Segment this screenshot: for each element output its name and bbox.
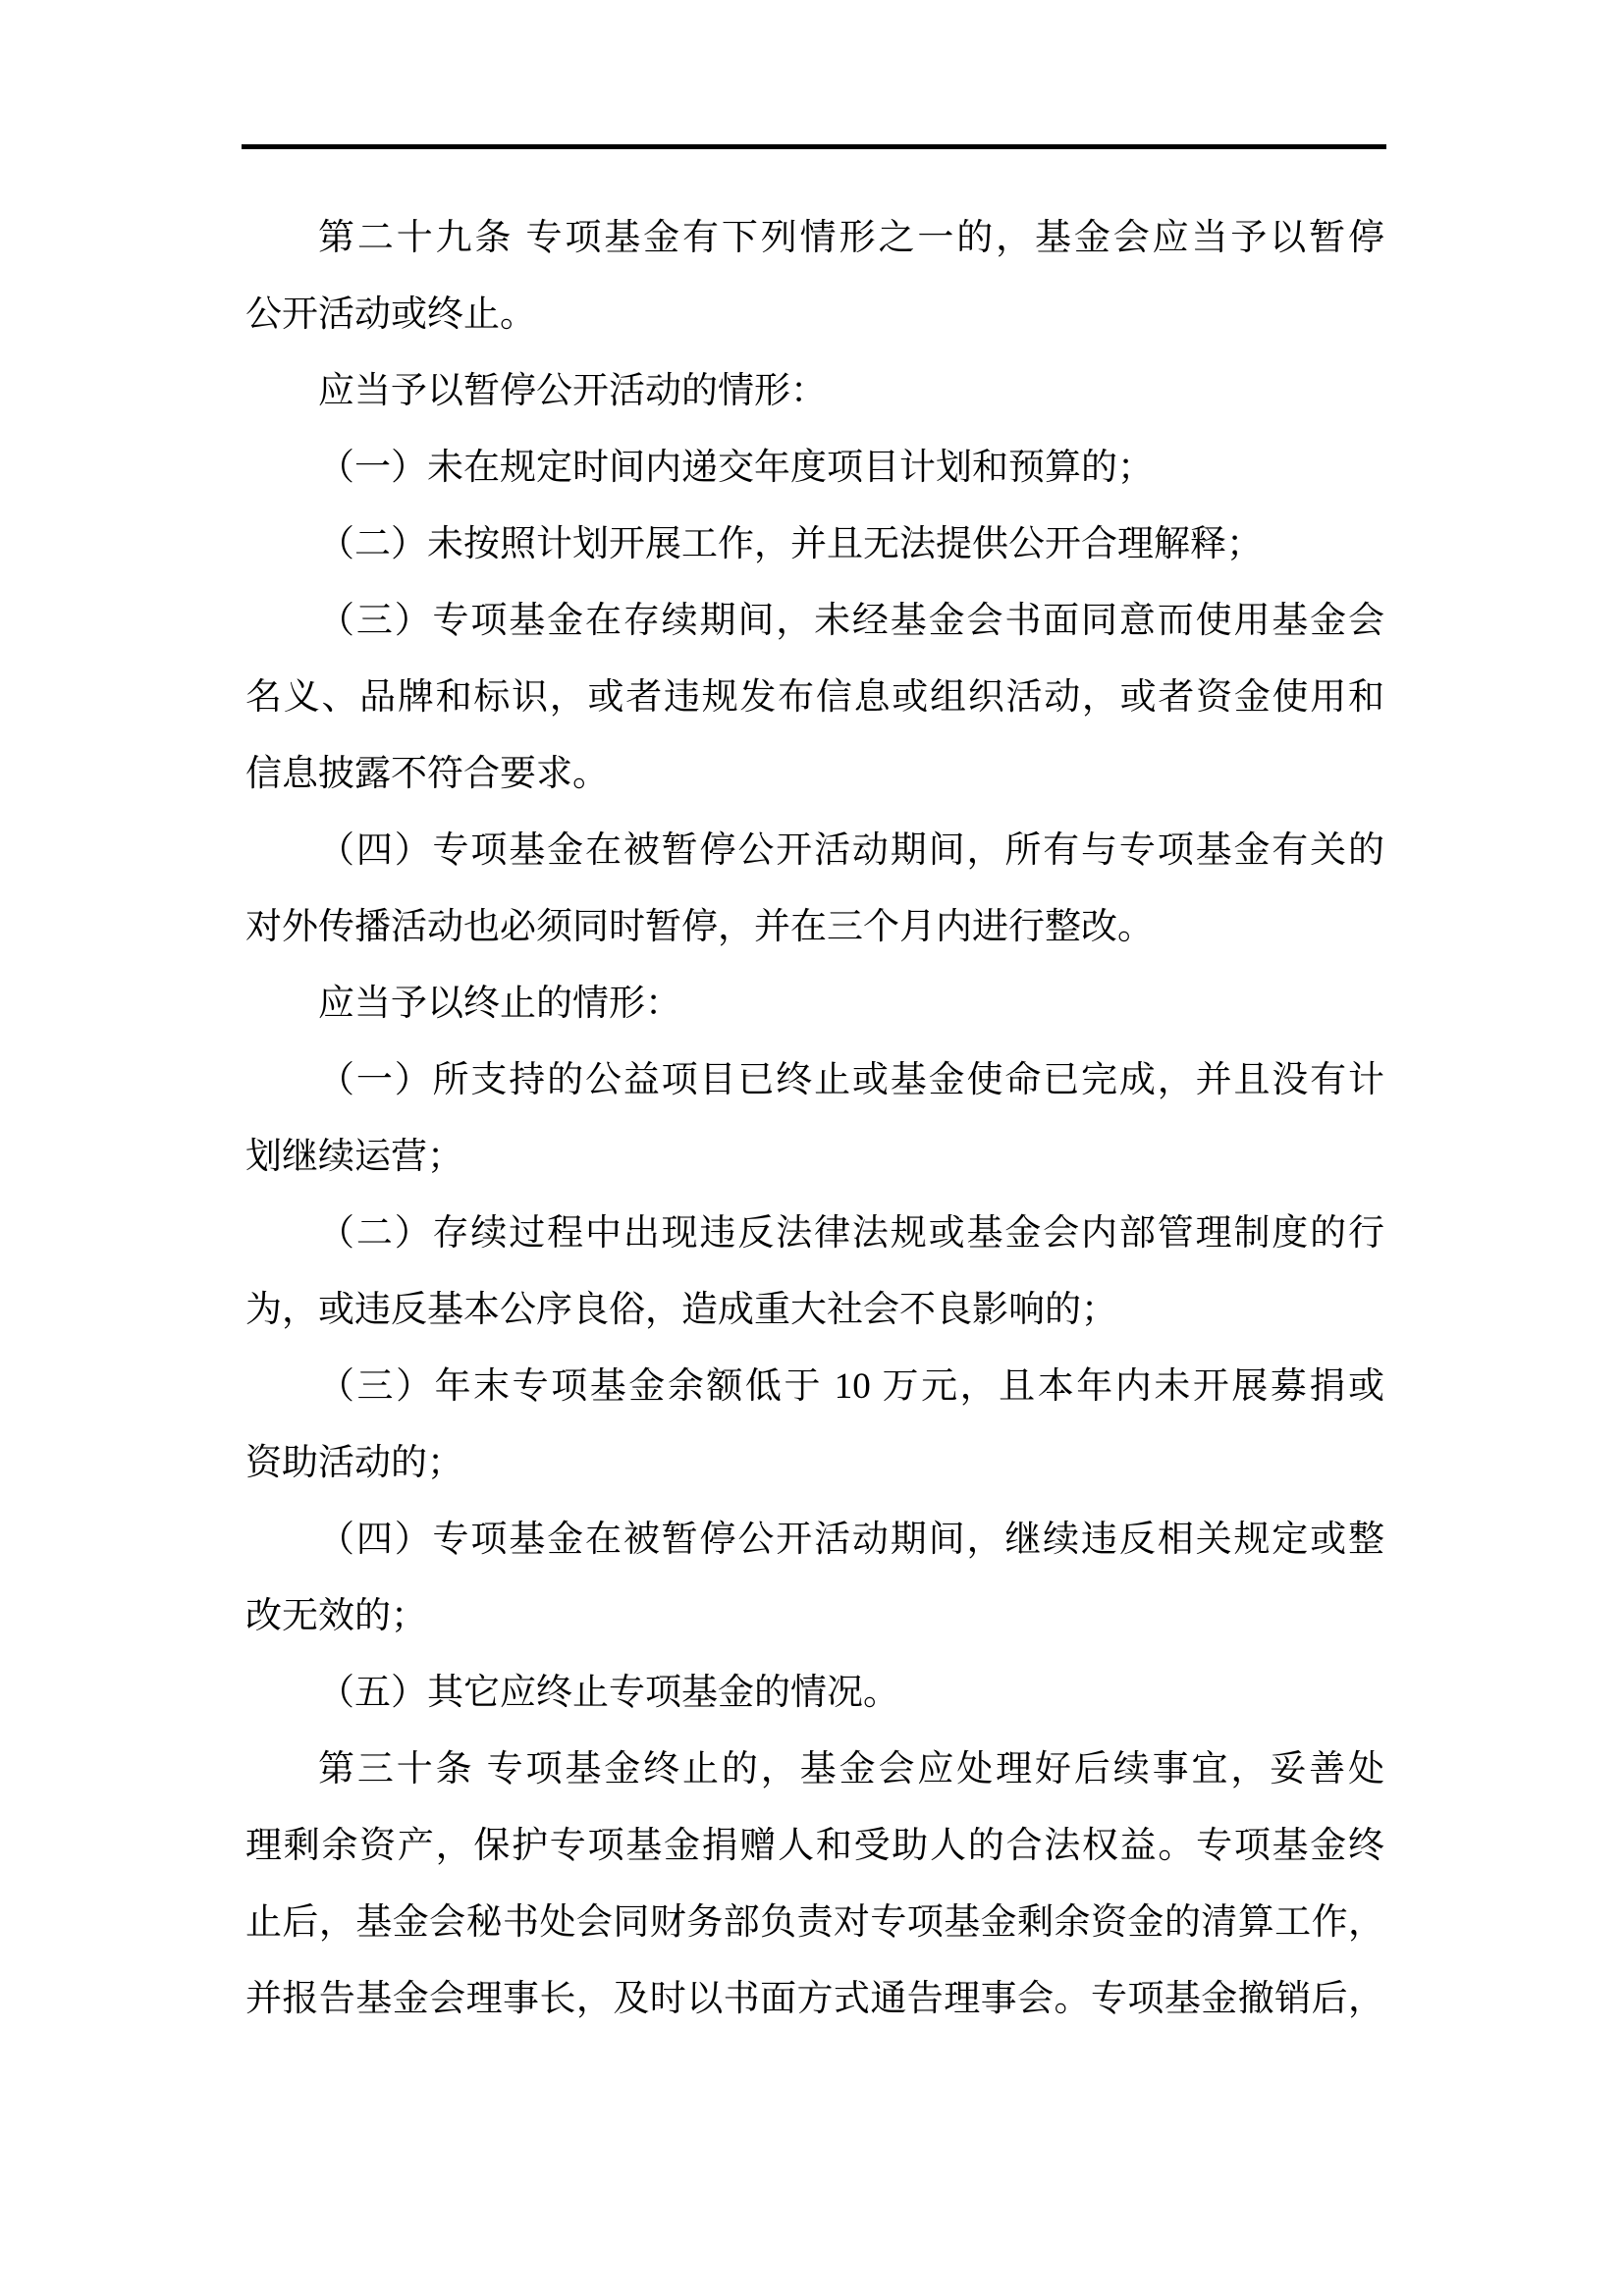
header-rule — [242, 144, 1386, 149]
paragraph-terminate-item-2: （二）存续过程中出现违反法律法规或基金会内部管理制度的行为，或违反基本公序良俗，… — [245, 1196, 1384, 1349]
text-line: 公开活动或终止。 — [245, 277, 1384, 353]
paragraph-suspend-item-3: （三）专项基金在存续期间，未经基金会书面同意而使用基金会名义、品牌和标识，或者违… — [245, 583, 1384, 813]
text-line: （三）年末专项基金余额低于 10 万元，且本年内未开展募捐或 — [245, 1349, 1384, 1425]
paragraph-article-29: 第二十九条 专项基金有下列情形之一的，基金会应当予以暂停公开活动或终止。 — [245, 200, 1384, 353]
paragraph-suspend-item-1: （一）未在规定时间内递交年度项目计划和预算的； — [245, 430, 1384, 507]
text-line: 应当予以暂停公开活动的情形： — [245, 353, 1384, 430]
paragraph-terminate-item-4: （四）专项基金在被暂停公开活动期间，继续违反相关规定或整改无效的； — [245, 1502, 1384, 1655]
text-line: （二）存续过程中出现违反法律法规或基金会内部管理制度的行 — [245, 1196, 1384, 1272]
paragraph-suspend-item-2: （二）未按照计划开展工作，并且无法提供公开合理解释； — [245, 507, 1384, 583]
text-line: 名义、品牌和标识，或者违规发布信息或组织活动，或者资金使用和 — [245, 660, 1384, 736]
text-line: （一）所支持的公益项目已终止或基金使命已完成，并且没有计 — [245, 1042, 1384, 1119]
text-line: （四）专项基金在被暂停公开活动期间，所有与专项基金有关的 — [245, 813, 1384, 889]
text-line: 第三十条 专项基金终止的，基金会应处理好后续事宜，妥善处 — [245, 1732, 1384, 1808]
text-line: （三）专项基金在存续期间，未经基金会书面同意而使用基金会 — [245, 583, 1384, 660]
text-line: 理剩余资产，保护专项基金捐赠人和受助人的合法权益。专项基金终 — [245, 1808, 1384, 1885]
paragraph-article-30: 第三十条 专项基金终止的，基金会应处理好后续事宜，妥善处理剩余资产，保护专项基金… — [245, 1732, 1384, 2038]
paragraph-terminate-item-1: （一）所支持的公益项目已终止或基金使命已完成，并且没有计划继续运营； — [245, 1042, 1384, 1196]
text-line: 对外传播活动也必须同时暂停，并在三个月内进行整改。 — [245, 889, 1384, 966]
document-page: 第二十九条 专项基金有下列情形之一的，基金会应当予以暂停公开活动或终止。应当予以… — [0, 0, 1624, 2296]
text-line: 划继续运营； — [245, 1119, 1384, 1196]
text-line: 止后，基金会秘书处会同财务部负责对专项基金剩余资金的清算工作， — [245, 1885, 1384, 1961]
text-line: （四）专项基金在被暂停公开活动期间，继续违反相关规定或整 — [245, 1502, 1384, 1578]
text-line: （五）其它应终止专项基金的情况。 — [245, 1655, 1384, 1732]
text-line: （二）未按照计划开展工作，并且无法提供公开合理解释； — [245, 507, 1384, 583]
paragraph-terminate-item-5: （五）其它应终止专项基金的情况。 — [245, 1655, 1384, 1732]
text-line: 为，或违反基本公序良俗，造成重大社会不良影响的； — [245, 1272, 1384, 1349]
text-line: （一）未在规定时间内递交年度项目计划和预算的； — [245, 430, 1384, 507]
document-body: 第二十九条 专项基金有下列情形之一的，基金会应当予以暂停公开活动或终止。应当予以… — [245, 200, 1384, 2038]
text-line: 第二十九条 专项基金有下列情形之一的，基金会应当予以暂停 — [245, 200, 1384, 277]
paragraph-suspend-intro: 应当予以暂停公开活动的情形： — [245, 353, 1384, 430]
text-line: 并报告基金会理事长，及时以书面方式通告理事会。专项基金撤销后， — [245, 1961, 1384, 2038]
paragraph-suspend-item-4: （四）专项基金在被暂停公开活动期间，所有与专项基金有关的对外传播活动也必须同时暂… — [245, 813, 1384, 966]
text-line: 改无效的； — [245, 1578, 1384, 1655]
paragraph-terminate-item-3: （三）年末专项基金余额低于 10 万元，且本年内未开展募捐或资助活动的； — [245, 1349, 1384, 1502]
paragraph-terminate-intro: 应当予以终止的情形： — [245, 966, 1384, 1042]
text-line: 信息披露不符合要求。 — [245, 736, 1384, 813]
text-line: 资助活动的； — [245, 1425, 1384, 1502]
text-line: 应当予以终止的情形： — [245, 966, 1384, 1042]
